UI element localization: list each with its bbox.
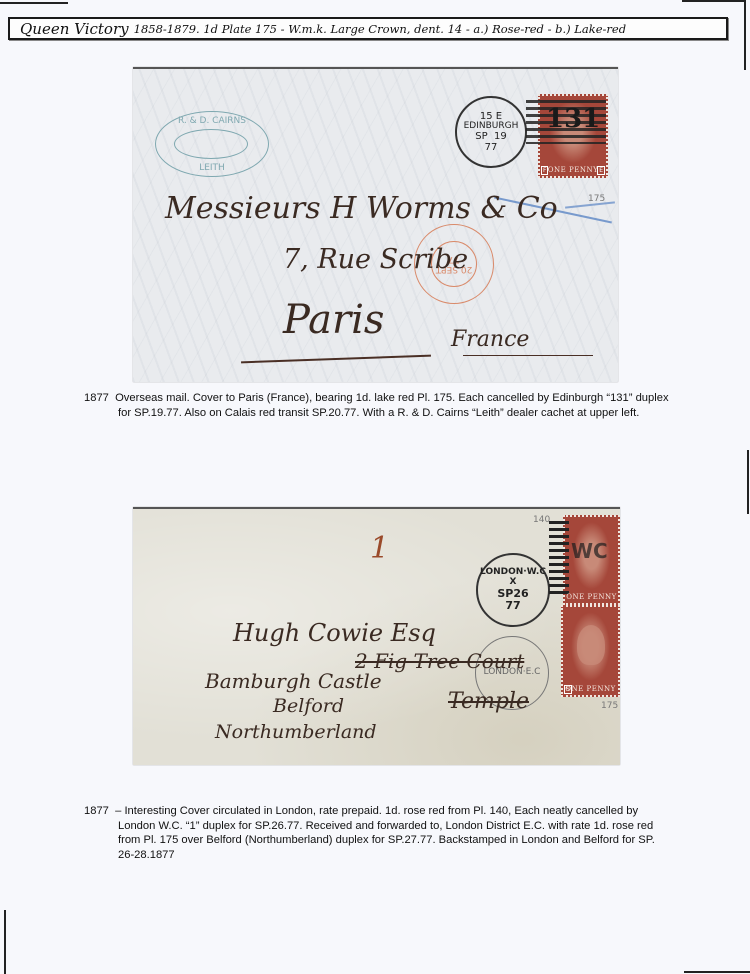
corner-rule-right-top: [744, 0, 746, 70]
edinburgh-postmark: 15 E EDINBURGH SP 19 77: [455, 96, 527, 168]
caption-2-line-2: London W.C. “1” duplex for SP.26.77. Rec…: [84, 819, 655, 834]
caption-2-line-3: from Pl. 175 over Belford (Northumberlan…: [84, 833, 655, 848]
address-line-2: 7, Rue Scribe: [283, 244, 468, 275]
stamp-value-label: ONE PENNY: [540, 166, 606, 174]
postmark-line4: 77: [457, 142, 525, 153]
page-title-banner: Queen Victory 1858-1879. 1d Plate 175 - …: [8, 17, 728, 40]
postmark-line1: 15 E: [457, 111, 525, 122]
caption-2-year: 1877: [84, 804, 109, 819]
cachet-inner-oval: [174, 129, 248, 159]
address-line-3: Belford: [273, 695, 344, 717]
stamp-one-penny-pl140: WC ONE PENNY: [563, 515, 620, 605]
caption-cover-1: 1877 Overseas mail. Cover to Paris (Fran…: [84, 391, 669, 420]
duplex-numeral: 131: [546, 104, 600, 134]
address-line-1: Messieurs H Worms & Co: [165, 191, 558, 226]
stamp-one-penny-pl175: S ONE PENNY: [561, 605, 620, 697]
plate-note-175: 175: [601, 701, 618, 711]
title-main: Queen Victory: [20, 20, 129, 38]
address-underline: [241, 355, 431, 364]
caption-2-line-1: – Interesting Cover circulated in London…: [115, 805, 638, 817]
caption-cover-2: 1877 – Interesting Cover circulated in L…: [84, 804, 655, 862]
duplex-bars: [549, 521, 569, 595]
title-subtitle: 1858-1879. 1d Plate 175 - W.m.k. Large C…: [134, 22, 626, 36]
dealer-cachet: R. & D. CAIRNS LEITH: [155, 111, 269, 177]
address-line-2: Bamburgh Castle: [205, 669, 382, 693]
plate-note-140: 140: [533, 515, 550, 525]
cachet-top-text: R. & D. CAIRNS: [156, 116, 268, 126]
caption-1-line-2: for SP.19.77. Also on Calais red transit…: [84, 406, 669, 421]
address-struck-line-2: Temple: [448, 689, 529, 714]
corner-rule-top-left: [0, 2, 68, 4]
duplex-letters: WC: [571, 539, 608, 563]
cachet-bottom-text: LEITH: [156, 163, 268, 173]
address-line-1: Hugh Cowie Esq: [233, 619, 436, 647]
postmark-line3: SP 19: [457, 131, 525, 142]
stamp-value-label: ONE PENNY: [565, 593, 618, 601]
corner-rule-left-bottom: [4, 910, 6, 974]
corner-rule-right-mid: [747, 450, 749, 514]
queen-head: [577, 625, 605, 665]
cover-paris: R. & D. CAIRNS LEITH 15 E EDINBURGH SP 1…: [133, 67, 618, 382]
london-wc-postmark: LONDON·W.C X SP26 77: [476, 553, 550, 627]
stamp-value-label: ONE PENNY: [563, 685, 618, 693]
postmark-line2: EDINBURGH: [457, 122, 525, 132]
caption-1-line-1: Overseas mail. Cover to Paris (France), …: [115, 392, 668, 404]
caption-2-line-4: 26-28.1877: [84, 848, 655, 863]
stamp-one-penny-pl175: 131 F E ONE PENNY: [538, 94, 608, 178]
manuscript-mark: 1: [370, 531, 389, 566]
address-underline-2: [463, 355, 593, 356]
address-line-4: France: [451, 327, 529, 352]
corner-rule-top-right: [682, 0, 746, 2]
caption-1-year: 1877: [84, 391, 109, 406]
postmark-line4: 77: [478, 600, 548, 612]
address-line-4: Northumberland: [215, 721, 377, 743]
cover-london: 1 140 LONDON·W.C X SP26 77 LONDON·E.C WC…: [133, 507, 620, 765]
address-line-3: Paris: [283, 297, 384, 343]
corner-rule-bottom-right: [684, 971, 750, 973]
